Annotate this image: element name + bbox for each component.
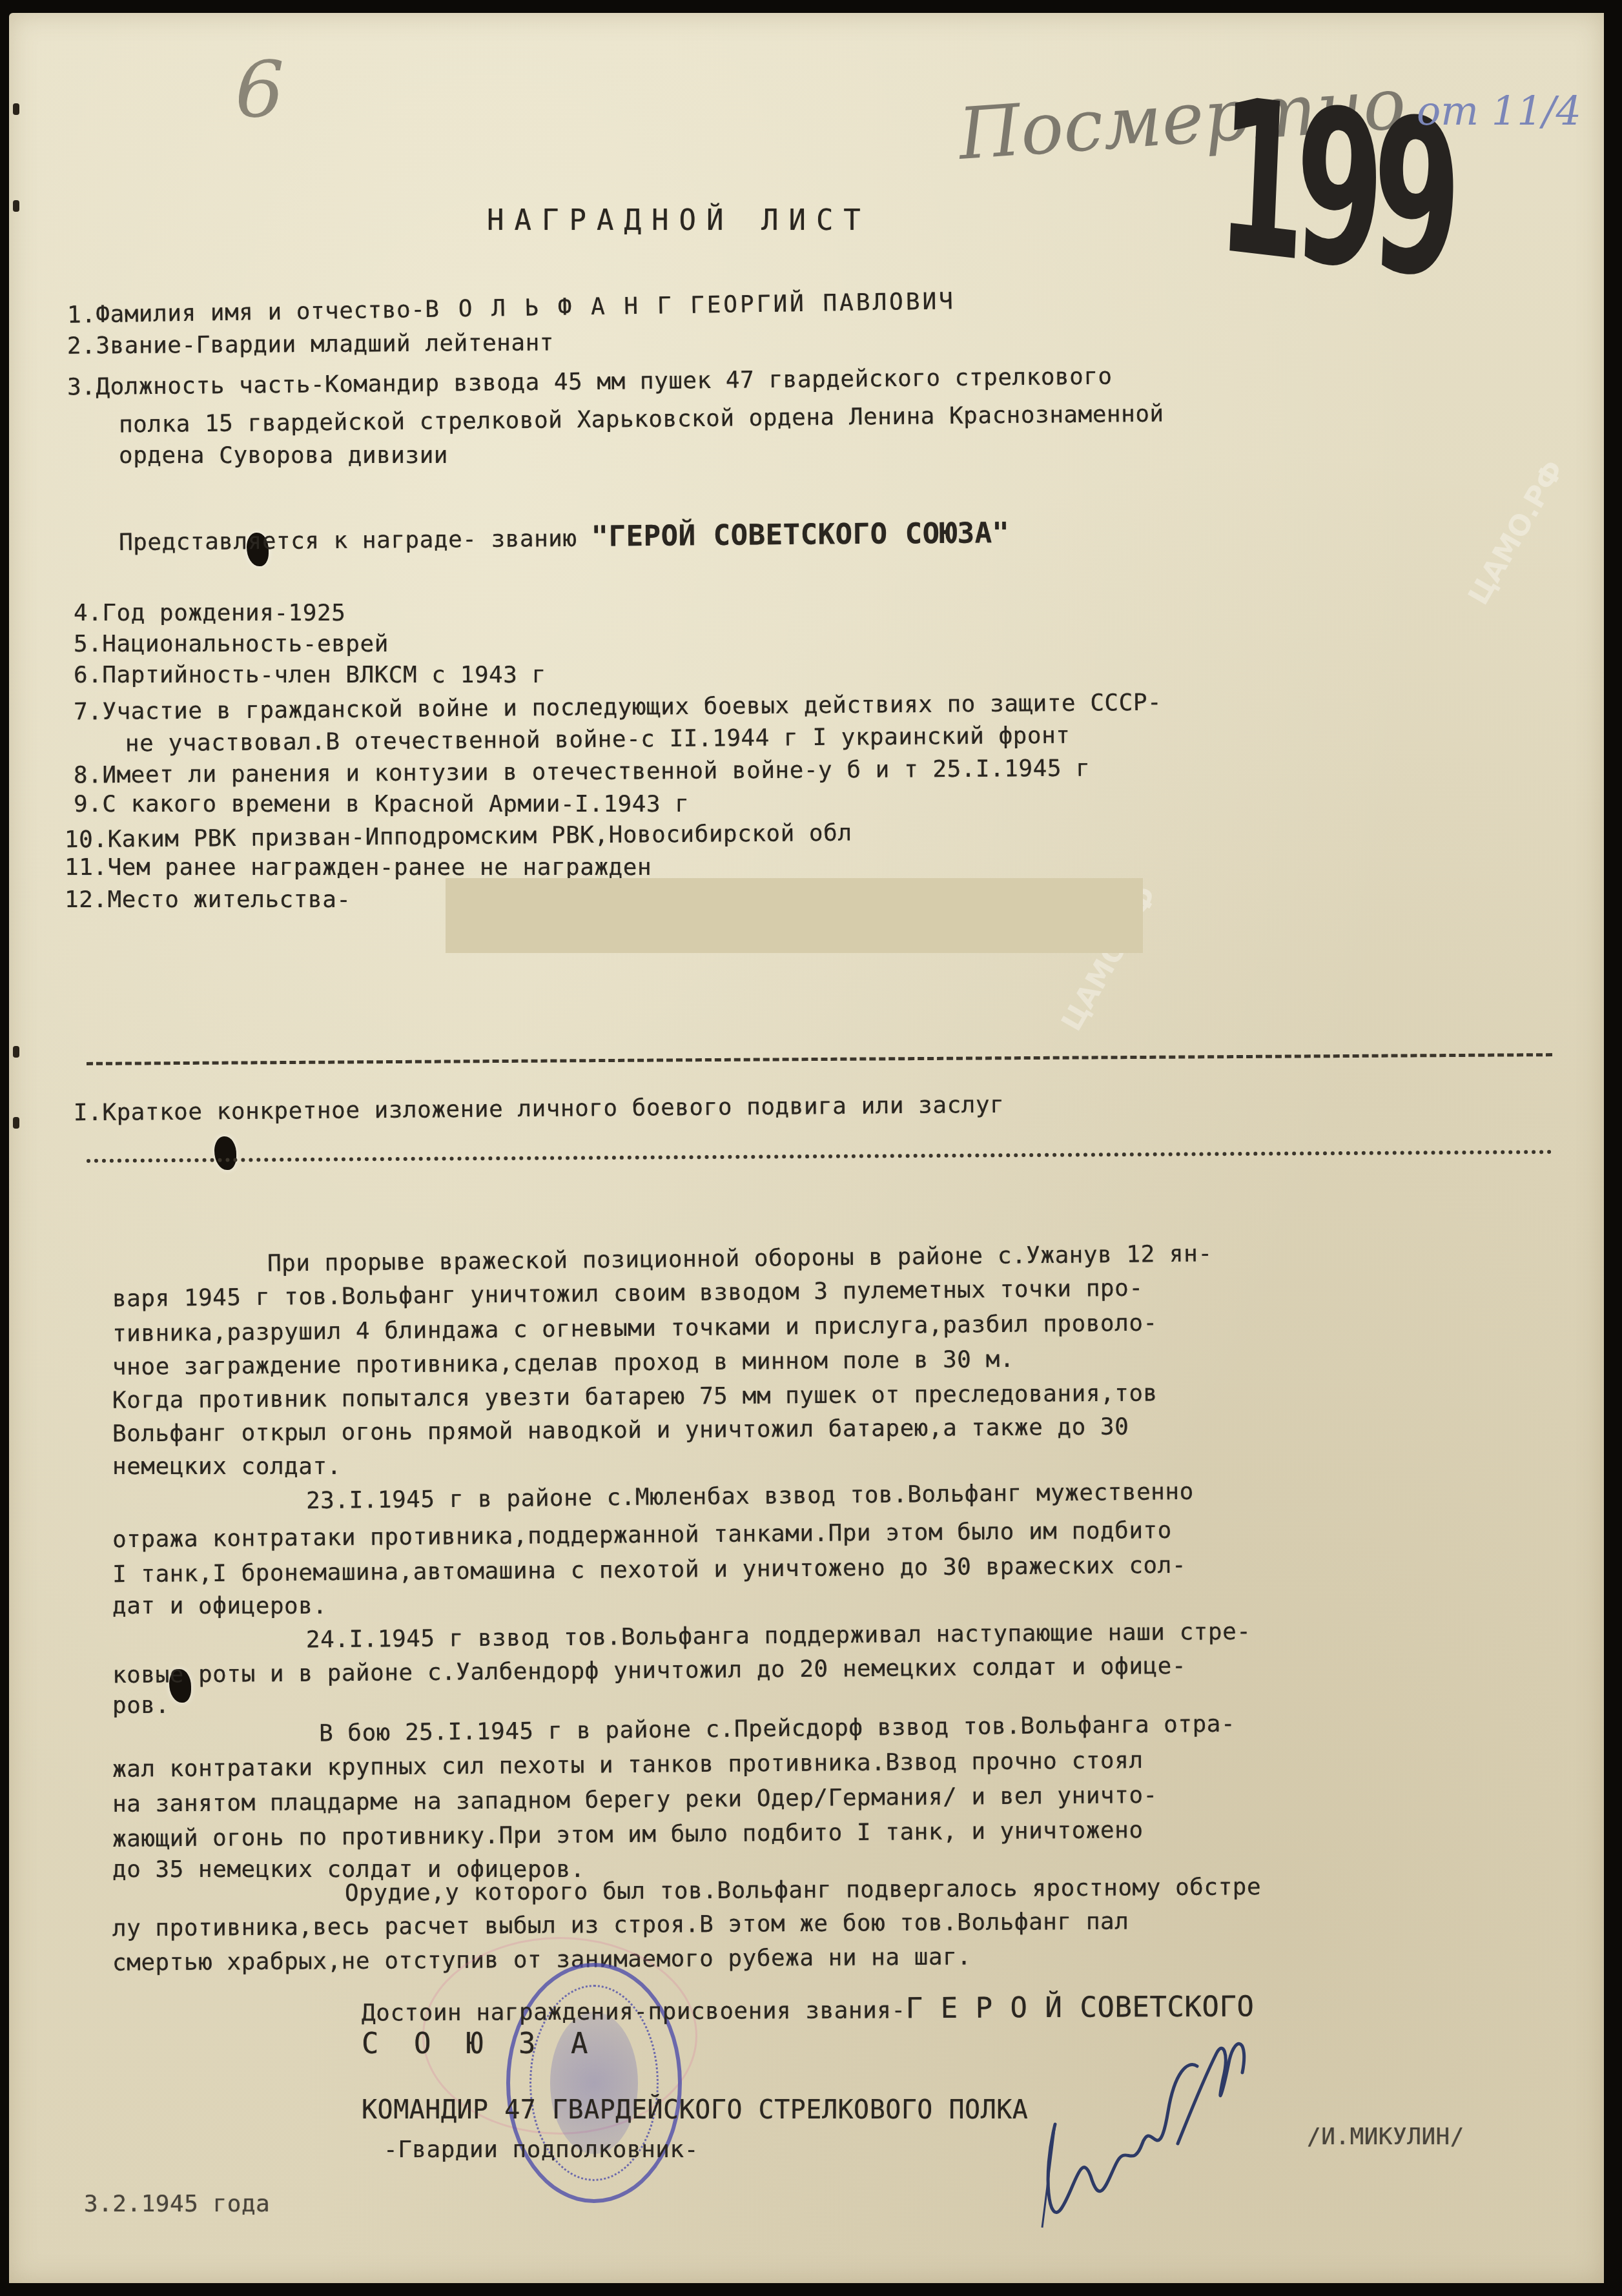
document-date: 3.2.1945 года <box>84 2193 270 2216</box>
narrative-line: жающий огонь по противнику.При этом им б… <box>112 1819 1144 1851</box>
section-heading: I.Краткое конкретное изложение личного б… <box>74 1094 1005 1125</box>
field-10: 10.Каким РВК призван-Ипподромским РВК,Но… <box>65 822 852 852</box>
binding-mark <box>13 103 19 115</box>
field-11: 11.Чем ранее награжден-ранее не награжде… <box>65 856 652 879</box>
signature <box>1029 2014 1275 2247</box>
narrative-line: на занятом плацдарме на западном берегу … <box>112 1784 1158 1816</box>
conclusion-line-2: С О Ю З А <box>362 2030 597 2058</box>
handwritten-mark: 6 <box>235 45 284 135</box>
signatory-name: /И.МИКУЛИН/ <box>1307 2126 1464 2149</box>
narrative-line: до 35 немецких солдат и офицеров. <box>112 1858 585 1881</box>
narrative-line: жал контратаки крупных сил пехоты и танк… <box>112 1749 1144 1781</box>
narrative-line: варя 1945 г тов.Вольфанг уничтожил своим… <box>112 1277 1144 1311</box>
award-title: "ГЕРОЙ СОВЕТСКОГО СОЮЗА" <box>591 517 1010 553</box>
field-3-cont: полка 15 гвардейской стрелковой Харьковс… <box>119 403 1164 437</box>
narrative-line: дат и офицеров. <box>112 1595 327 1618</box>
field-8: 8.Имеет ли ранения и контузии в отечеств… <box>74 757 1091 788</box>
narrative-line: I танк,I бронемашина,автомашина с пехото… <box>112 1554 1186 1587</box>
binding-mark <box>13 200 19 212</box>
narrative-line: Вольфанг открыл огонь прямой наводкой и … <box>112 1416 1129 1446</box>
presented-for: Представляется к награде- званию "ГЕРОЙ … <box>119 519 1010 555</box>
field-4: 4.Год рождения-1925 <box>74 602 345 625</box>
narrative-line: При прорыве вражеской позиционной оборон… <box>267 1242 1213 1275</box>
field-12: 12.Место жительства- <box>65 888 351 912</box>
signatory-rank: -Гвардии подполковник- <box>384 2138 699 2162</box>
hero-name: В О Л Ь Ф А Н Г ГЕОРГИЙ ПАВЛОВИЧ <box>425 288 956 323</box>
narrative-line: тивника,разрушил 4 блиндажа с огневыми т… <box>112 1312 1158 1346</box>
binding-mark <box>13 1117 19 1129</box>
field-7: 7.Участие в гражданской войне и последую… <box>74 692 1162 724</box>
punch-hole <box>214 1136 236 1170</box>
narrative-line: ковые роты и в районе с.Уалбендорф уничт… <box>112 1655 1186 1688</box>
field-6: 6.Партийность-член ВЛКСМ с 1943 г <box>74 664 546 687</box>
signatory-title: КОМАНДИР 47 ГВАРДЕЙСКОГО СТРЕЛКОВОГО ПОЛ… <box>362 2097 1028 2123</box>
field-3-cont: ордена Суворова дивизии <box>119 444 448 467</box>
narrative-line: 24.I.1945 г взвод тов.Вольфанга поддержи… <box>306 1621 1251 1652</box>
divider-line <box>87 1150 1552 1163</box>
narrative-line: В бою 25.I.1945 г в районе с.Прейсдорф в… <box>319 1713 1235 1746</box>
field-7-cont: не участвовал.В отечественной войне-с II… <box>125 724 1071 756</box>
watermark: ЦАМО.РФ <box>1462 455 1571 611</box>
binding-mark <box>13 1046 19 1058</box>
award-sheet: ЦАМО.РФ ЦАМО.РФ 6 Посмертно 199 от 11/4 … <box>9 13 1604 2283</box>
handwritten-blue-note: от 11/4 <box>1417 87 1581 134</box>
redacted-address <box>446 878 1143 953</box>
field-2: 2.Звание-Гвардии младший лейтенант <box>67 331 554 358</box>
narrative-line: немецких солдат. <box>112 1455 342 1479</box>
narrative-line: Орудие,у которого был тов.Вольфанг подве… <box>345 1876 1261 1905</box>
field-3: 3.Должность часть-Командир взвода 45 мм … <box>67 365 1113 400</box>
narrative-line: лу противника,весь расчет выбыл из строя… <box>112 1911 1129 1941</box>
narrative-line: 23.I.1945 г в районе с.Мюленбах взвод то… <box>306 1481 1194 1513</box>
narrative-line: ров. <box>112 1694 170 1717</box>
page-title: НАГРАДНОЙ ЛИСТ <box>487 207 871 235</box>
field-1: 1.Фамилия имя и отчество-В О Л Ь Ф А Н Г… <box>67 290 956 327</box>
narrative-line: Когда противник попытался увезти батарею… <box>112 1382 1158 1412</box>
field-5: 5.Национальность-еврей <box>74 633 389 656</box>
narrative-line: чное заграждение противника,сделав прохо… <box>112 1348 1014 1379</box>
narrative-line: отража контратаки противника,поддержанно… <box>112 1519 1172 1552</box>
field-9: 9.С какого времени в Красной Армии-I.194… <box>74 793 690 816</box>
divider-line <box>87 1053 1552 1065</box>
